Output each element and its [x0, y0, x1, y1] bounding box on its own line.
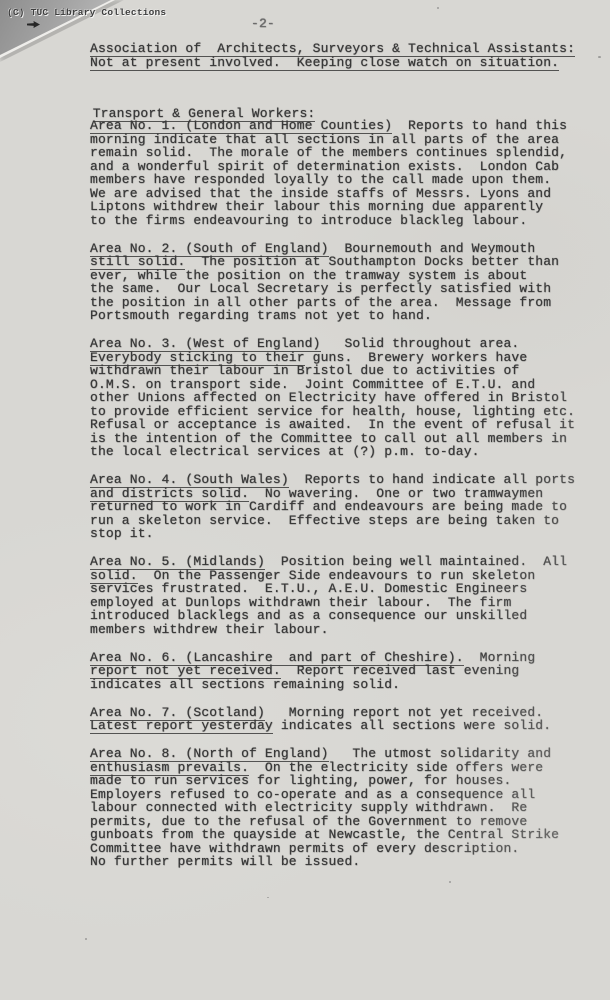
intro-note: Not at present involved. Keeping close w… [90, 55, 559, 71]
area-reports-list: Area No. 1. (London and Home Counties) R… [90, 119, 595, 883]
area-text-line: employed at Dunlops withdrawn their labo… [90, 596, 595, 610]
area-text-line: Employers refused to co-operate and as a… [90, 788, 595, 802]
area-text-line: stop it. [90, 527, 595, 541]
area-text-line: Portsmouth regarding trams not yet to ha… [90, 309, 595, 323]
area-text: run a skeleton service. Effective steps … [90, 513, 559, 528]
area-paragraph: Area No. 5. (Midlands) Position being we… [90, 555, 595, 636]
area-paragraph: Area No. 2. (South of England) Bournemou… [90, 242, 595, 323]
area-text-line: other Unions affected on Electricity hav… [90, 391, 595, 405]
intro-note-line: Not at present involved. Keeping close w… [90, 56, 575, 70]
area-emphasis: Latest report yesterday [90, 718, 273, 734]
area-text-line: members withdrew their labour. [90, 623, 595, 637]
area-heading-line: Area No. 3. (West of England) Solid thro… [90, 337, 595, 351]
area-heading-line: Area No. 2. (South of England) Bournemou… [90, 242, 595, 256]
area-heading-line: Area No. 4. (South Wales) Reports to han… [90, 473, 595, 487]
area-text: indicates all sections remaining solid. [90, 677, 400, 692]
area-heading-line: Area No. 1. (London and Home Counties) R… [90, 119, 595, 133]
area-paragraph: Area No. 8. (North of England) The utmos… [90, 747, 595, 869]
area-text-line: morning indicate that all sections in al… [90, 133, 595, 147]
intro-heading-line: Association of Architects, Surveyors & T… [90, 42, 575, 56]
area-text-line: to provide efficient service for health,… [90, 405, 595, 419]
area-text-line: report not yet received. Report received… [90, 664, 595, 678]
area-text-line: members have responded loyally to the ca… [90, 173, 595, 187]
typewritten-text-layer: Association of Architects, Surveyors & T… [0, 0, 610, 1000]
area-text-line: and districts solid. No wavering. One or… [90, 487, 595, 501]
area-text-line: indicates all sections remaining solid. [90, 678, 595, 692]
area-text: the local electrical services at (?) p.m… [90, 444, 480, 459]
area-text: members withdrew their labour. [90, 622, 329, 637]
area-text-line: O.M.S. on transport side. Joint Committe… [90, 378, 595, 392]
area-text-line: to the firms endeavouring to introduce b… [90, 214, 595, 228]
area-text-line: enthusiasm prevails. On the electricity … [90, 761, 595, 775]
area-text-line: Committee have withdrawn permits of ever… [90, 842, 595, 856]
area-text: to the firms endeavouring to introduce b… [90, 213, 527, 228]
area-text-line: still solid. The position at Southampton… [90, 255, 595, 269]
area-text-line: run a skeleton service. Effective steps … [90, 514, 595, 528]
area-text-line: and a wonderful spirit of determination … [90, 160, 595, 174]
area-text-line: permits, due to the refusal of the Gover… [90, 815, 595, 829]
area-paragraph: Area No. 7. (Scotland) Morning report no… [90, 706, 595, 733]
scan-speck [449, 881, 451, 883]
area-text-line: Refusal or acceptance is awaited. In the… [90, 418, 595, 432]
area-heading-line: Area No. 6. (Lancashire and part of Ches… [90, 651, 595, 665]
area-text-line: returned to work in Cardiff and endeavou… [90, 500, 595, 514]
area-text-line: ever, while the position on the tramway … [90, 269, 595, 283]
area-paragraph: Area No. 4. (South Wales) Reports to han… [90, 473, 595, 541]
area-text-line: Liptons withdrew their labour this morni… [90, 200, 595, 214]
area-text-line: No further permits will be issued. [90, 855, 595, 869]
scan-speck [85, 938, 87, 940]
area-text-line: services frustrated. E.T.U., A.E.U. Dome… [90, 582, 595, 596]
document-page: (C) TUC Library Collections -2- Associat… [0, 0, 610, 1000]
area-text-line: the local electrical services at (?) p.m… [90, 445, 595, 459]
area-text-line: the position in all other parts of the a… [90, 296, 595, 310]
scan-speck [267, 897, 269, 898]
area-text-line: solid. On the Passenger Side endeavours … [90, 569, 595, 583]
area-text-line: withdrawn their labour in Bristol due to… [90, 364, 595, 378]
area-text-line: remain solid. The morale of the members … [90, 146, 595, 160]
area-text: indicates all sections were solid. [273, 718, 551, 733]
area-text-line: made to run services for lighting, power… [90, 774, 595, 788]
area-heading-line: Area No. 5. (Midlands) Position being we… [90, 555, 595, 569]
area-text-line: gunboats from the quayside at Newcastle,… [90, 828, 595, 842]
area-heading-line: Area No. 8. (North of England) The utmos… [90, 747, 595, 761]
area-text-line: introduced blacklegs and as a consequenc… [90, 609, 595, 623]
area-paragraph: Area No. 1. (London and Home Counties) R… [90, 119, 595, 227]
area-text-line: the same. Our Local Secretary is perfect… [90, 282, 595, 296]
area-text: No further permits will be issued. [90, 854, 360, 869]
area-text-line: Latest report yesterday indicates all se… [90, 719, 595, 733]
area-text: Portsmouth regarding trams not yet to ha… [90, 308, 432, 323]
area-text-line: is the intention of the Committee to cal… [90, 432, 595, 446]
scan-speck [437, 7, 439, 9]
area-heading-line: Area No. 7. (Scotland) Morning report no… [90, 706, 595, 720]
intro-paragraph: Association of Architects, Surveyors & T… [90, 42, 575, 69]
area-text-line: labour connected with electricity supply… [90, 801, 595, 815]
area-paragraph: Area No. 3. (West of England) Solid thro… [90, 337, 595, 459]
area-text: stop it. [90, 526, 154, 541]
scan-speck [598, 56, 601, 58]
area-text-line: Everybody sticking to their guns. Brewer… [90, 351, 595, 365]
area-text-line: We are advised that the inside staffs of… [90, 187, 595, 201]
area-paragraph: Area No. 6. (Lancashire and part of Ches… [90, 651, 595, 692]
